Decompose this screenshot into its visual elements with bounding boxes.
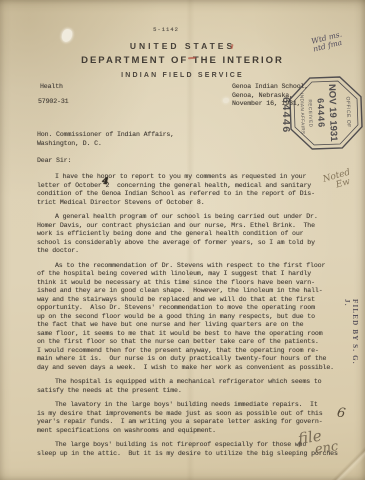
- typed-line: The large boys' building is not fireproo…: [37, 441, 339, 450]
- typed-line: Homer Davis, our contract physician and …: [37, 222, 339, 231]
- typed-line: satisfy the needs at the present time.: [37, 387, 339, 396]
- filed-by-stamp: FILED BY S. G. J.: [349, 299, 359, 371]
- salutation: Dear Sir:: [37, 157, 71, 166]
- file-number: 57902-31: [38, 98, 68, 107]
- handwritten-margin-number: 6: [336, 405, 347, 421]
- handwritten-noted-line2: Ew: [335, 177, 354, 190]
- stamp-bureau-text: INDIAN AFFAIRS: [299, 93, 305, 134]
- typed-line: ished and they are in good clean shape. …: [37, 287, 339, 296]
- stamp-number-text: 64446: [315, 98, 326, 128]
- typed-line: think it would be necessary at this time…: [37, 279, 339, 288]
- typed-line: Hon. Commissioner of Indian Affairs,: [37, 131, 174, 140]
- typed-line: I have the honor to report to you my com…: [37, 173, 339, 182]
- typed-line: main where it is. Our nurse is on duty p…: [37, 355, 339, 364]
- typed-line: As to the recommendation of Dr. Stevens …: [37, 262, 339, 271]
- handwritten-date-correction: 4: [102, 176, 113, 187]
- typed-line: day and seven days a week. I wish to mak…: [37, 364, 339, 373]
- typed-line: year's repair funds. I am writing you a …: [37, 418, 339, 427]
- typed-line: up on the second floor would be a good t…: [37, 313, 339, 322]
- typed-line: work is efficiently being done and the g…: [37, 230, 339, 239]
- typed-line: ment specifications on washrooms and equ…: [37, 427, 339, 436]
- stamp-received-text: RECEIVED: [308, 99, 314, 128]
- paragraph-1: I have the honor to report to you my com…: [37, 173, 339, 207]
- typed-line: sleep up in the attic. But it is my desi…: [37, 450, 339, 459]
- received-date-stamp: OFFICE OF NOV 19 1931 64446 RECEIVED IND…: [288, 75, 365, 152]
- form-number: 5-1142: [0, 26, 332, 35]
- typed-line: letter of October 2 concerning the gener…: [37, 182, 339, 191]
- serial-number-vertical: 64446: [278, 97, 292, 159]
- letterhead-united-states: UNITED STATES: [0, 41, 365, 51]
- typed-line: is my desire that improvements be made j…: [37, 410, 339, 419]
- paragraph-5: The lavatory in the large boys' building…: [37, 401, 339, 435]
- subject-label: Health: [40, 83, 63, 92]
- typed-line: of the hospital being covered with linol…: [37, 270, 339, 279]
- octagon-stamp-border: OFFICE OF NOV 19 1931 64446 RECEIVED IND…: [288, 75, 365, 152]
- typed-line: opportunity. Also Dr. Stevens' recommend…: [37, 304, 339, 313]
- paragraph-4: The hospital is equipped with a mechanic…: [37, 378, 339, 395]
- typed-line: the doctor.: [37, 247, 339, 256]
- typed-line: on the first floor so that the nurse can…: [37, 338, 339, 347]
- typed-line: school is considerably above the average…: [37, 239, 339, 248]
- paragraph-3: As to the recommendation of Dr. Stevens …: [37, 262, 339, 373]
- typed-line: same floor, it seems to me that it would…: [37, 330, 339, 339]
- paragraph-2: A general health program of our school i…: [37, 213, 339, 256]
- stamp-date-text: NOV 19 1931: [326, 84, 339, 143]
- recipient-address: Hon. Commissioner of Indian Affairs,Wash…: [37, 131, 174, 148]
- letter-body: I have the honor to report to you my com…: [37, 167, 339, 458]
- scanned-letter-page: 5-1142 UNITED STATES DEPARTMENT OF THE I…: [0, 0, 365, 480]
- typed-line: Washington, D. C.: [37, 140, 174, 149]
- stamp-office-text: OFFICE OF: [344, 97, 351, 128]
- typed-line: I would recommend then for the present a…: [37, 347, 339, 356]
- typed-line: trict Medical Director Stevens of Octobe…: [37, 199, 339, 208]
- letterhead-department: DEPARTMENT OF THE INTERIOR: [0, 55, 365, 66]
- typed-line: A general health program of our school i…: [37, 213, 339, 222]
- typed-line: The lavatory in the large boys' building…: [37, 401, 339, 410]
- typed-line: way and the stairways should be replaced…: [37, 296, 339, 305]
- typed-line: the fact that we have but one nurse and …: [37, 321, 339, 330]
- typed-line: condition of the Genoa Indian School as …: [37, 190, 339, 199]
- paper-fold-corner: [325, 440, 365, 480]
- typed-line: The hospital is equipped with a mechanic…: [37, 378, 339, 387]
- paragraph-6: The large boys' building is not fireproo…: [37, 441, 339, 458]
